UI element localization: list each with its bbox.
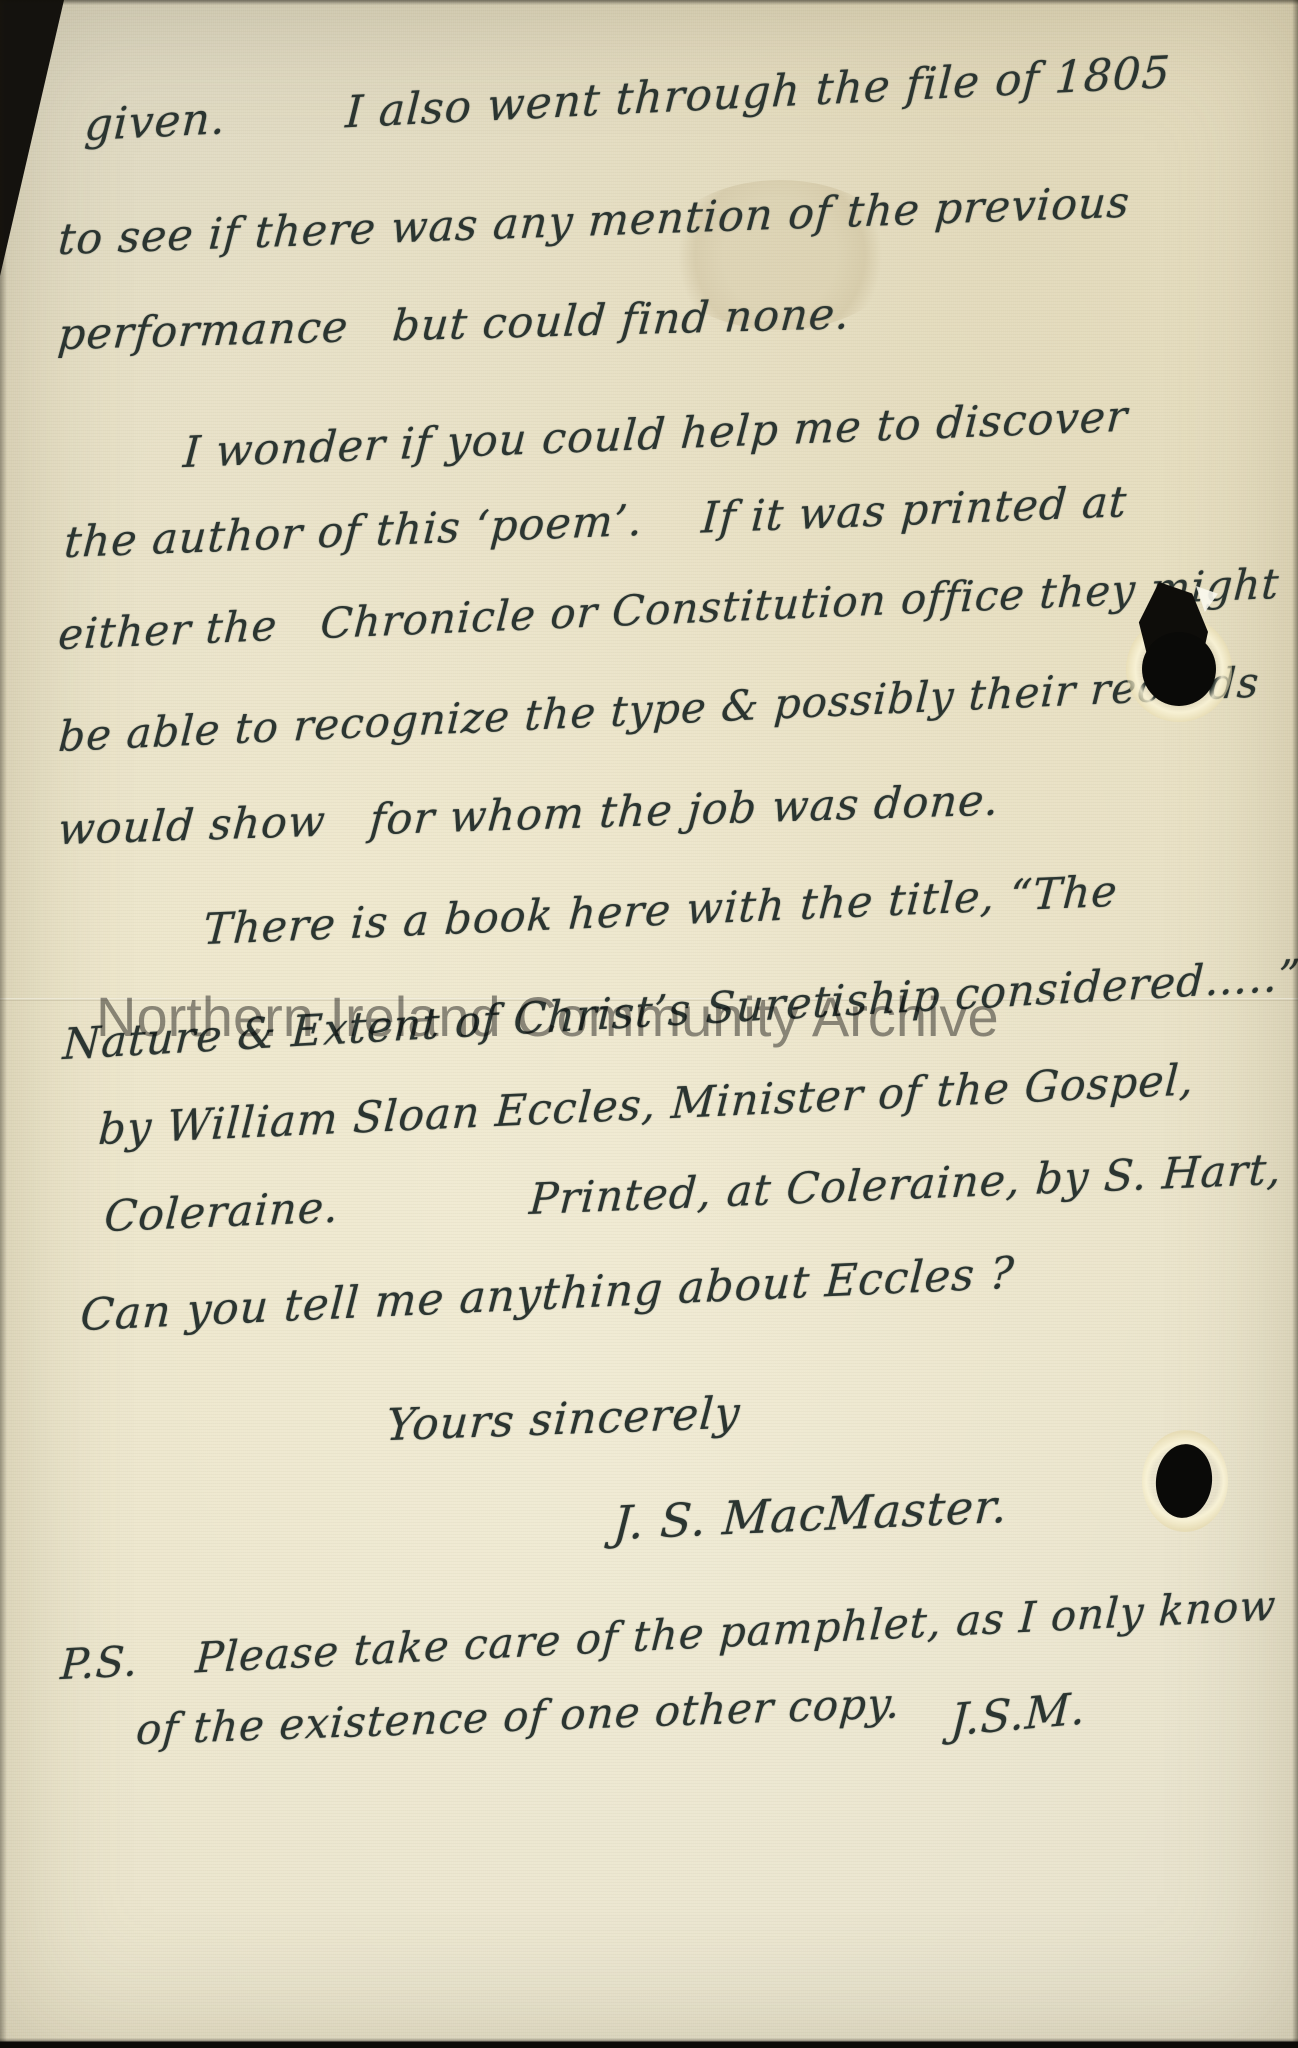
postscript-line-1: P.S. Please take care of the pamphlet, a… <box>59 1581 1278 1690</box>
letter-line-2: to see if there was any mention of the p… <box>56 178 1131 266</box>
letter-line-4: I wonder if you could help me to discove… <box>182 392 1130 478</box>
closing-salutation: Yours sincerely <box>384 1388 742 1452</box>
archive-watermark: Northern Ireland Community Archive <box>96 984 999 1049</box>
scan-edge-top <box>0 0 1298 5</box>
scanned-letter-page: given. I also went through the file of 1… <box>0 0 1298 2048</box>
letter-line-5: the author of this ‘poem’. If it was pri… <box>63 477 1129 568</box>
letter-line-7: be able to recognize the type & possibly… <box>57 657 1261 761</box>
punch-hole-bottom <box>1152 1441 1215 1520</box>
scan-edge-right <box>1292 0 1298 2048</box>
scan-edge-top-left <box>0 0 64 276</box>
letter-line-12: Coleraine. Printed, at Coleraine, by S. … <box>103 1139 1298 1242</box>
letter-line-11: by William Sloan Eccles, Minister of the… <box>97 1055 1196 1155</box>
signature: J. S. MacMaster. <box>612 1479 1010 1550</box>
letter-line-13: Can you tell me anything about Eccles ? <box>79 1248 1016 1342</box>
letter-line-8: would show for whom the job was done. <box>56 775 1001 855</box>
letter-line-9: There is a book here with the title, “Th… <box>202 867 1119 955</box>
postscript-line-2: of the existence of one other copy. <box>135 1678 903 1754</box>
letter-line-3: performance but could find none. <box>56 289 852 360</box>
scan-edge-left <box>0 0 7 2048</box>
scan-edge-bottom <box>0 2038 1298 2048</box>
postscript-initials: J.S.M. <box>949 1683 1087 1746</box>
letter-line-1: given. I also went through the file of 1… <box>83 47 1172 151</box>
punch-hole-top <box>1142 632 1216 706</box>
letter-line-6: either the Chronicle or Constitution off… <box>57 559 1281 659</box>
